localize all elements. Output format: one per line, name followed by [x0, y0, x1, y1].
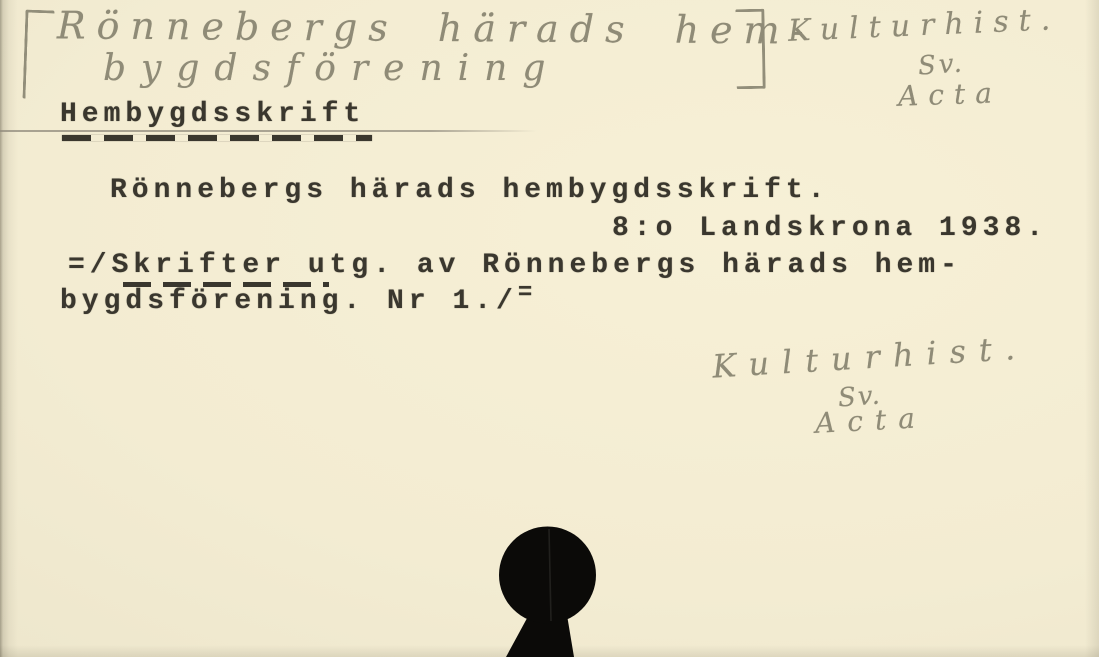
classification-top-line2: Sv. [917, 48, 966, 81]
classification-top-line3: Acta [897, 76, 1002, 113]
series-title-dashed-underline [123, 282, 329, 287]
body-series-line2: bygdsförening. Nr 1./= [60, 287, 532, 318]
body-title-line: Rönnebergs härads hembygdsskrift. [110, 176, 830, 206]
body-imprint-line: 8:o Landskrona 1938. [612, 214, 1048, 244]
handwritten-title-line1: Rönnebergs härads hem- [57, 3, 815, 52]
card-heading: Hembygdsskrift [60, 100, 365, 130]
body-series-line2-text: bygdsförening. Nr 1./ [60, 286, 518, 317]
handwritten-title-line2: bygdsförening [103, 48, 560, 89]
catalog-card: Rönnebergs härads hem- bygdsförening Kul… [0, 0, 1099, 657]
classification-mid-line1: Kulturhist. [711, 328, 1029, 385]
classification-mid-line3: Acta [814, 401, 927, 440]
classification-top-line1: Kulturhist. [787, 2, 1061, 49]
superscript-equals-mark: = [518, 280, 532, 307]
body-series-line1: =/Skrifter utg. av Rönnebergs härads hem… [68, 251, 962, 281]
heading-rule-line [0, 130, 537, 132]
keyhole-punch-icon [492, 521, 602, 657]
bracket-open-mark [22, 10, 54, 100]
heading-dashed-underline [62, 135, 372, 141]
